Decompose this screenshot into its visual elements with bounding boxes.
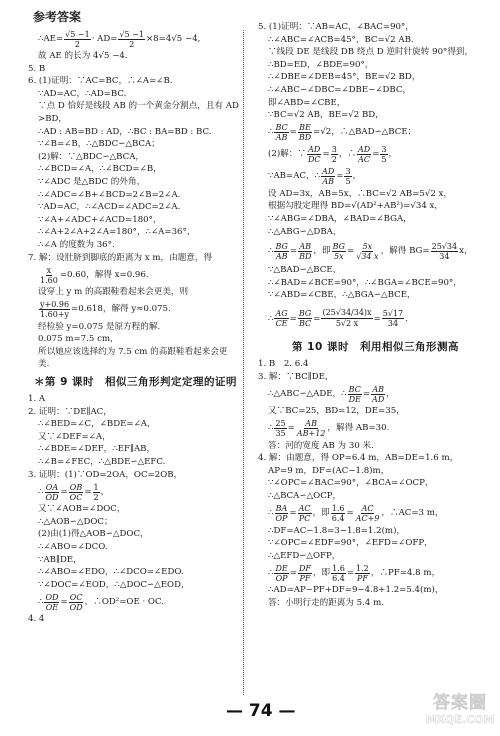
- fraction: OCOD: [69, 593, 84, 612]
- answer-q5-part1: 5. (1)证明：∵AB=AC，∠BAC=90°， ∴∠ABC=∠ACB=45°…: [258, 21, 493, 122]
- fraction: 32: [331, 145, 338, 164]
- answer-line: ∵AB∥DE，: [28, 554, 243, 567]
- fraction: ACPC: [298, 504, 312, 523]
- formula-line: ∵AB=AC，∴ ADAB= 35 ，: [258, 166, 493, 188]
- answer-q6: 6. (1)证明：∵AC=BC，∴∠A=∠B. ∵AD=AC，∴AD=BC. ∵…: [28, 75, 243, 251]
- fraction: BGAB: [274, 242, 288, 261]
- fraction: ABAD: [371, 385, 385, 404]
- answer-line: ∴∠ABO=∠EDO，∴∠DCO=∠EDO.: [28, 566, 243, 579]
- answer-line: ∵△BAD∽△BCE，: [258, 264, 493, 277]
- fraction: 35: [344, 167, 351, 186]
- answer-s10-q4: 4. 解：由题意，得 OP=6.4 m，AB=DE=1.6 m， AP=9 m，…: [258, 452, 493, 609]
- fraction: BCDE: [348, 385, 362, 404]
- formula-line: ∴ BCAB= BEBD =√2，∴△BAD∽△BCE；: [258, 122, 493, 144]
- answer-line: >BD，: [28, 113, 243, 126]
- fraction: y+0.961.60+y: [39, 300, 70, 319]
- answer-s10-q3: 3. 解：∵BC∥DE， ∴△ABC∽△ADE，∴ BCDE= ABAD ， 又…: [258, 371, 493, 453]
- fraction: DFPF: [298, 564, 312, 583]
- fraction: 12: [93, 483, 100, 502]
- left-column: ∴AE= √5 −12 · AD= √5 −12 ×8=4√5 −4, 故 AE…: [28, 28, 243, 626]
- fraction: 1.66.4: [331, 564, 346, 583]
- answer-line: ∵∠ADC 是△BDC 的外角，: [28, 176, 243, 189]
- answer-line: ∵∠B=∠B，∴△BDC∽△BCA；: [28, 138, 243, 151]
- answer-line: 3. 解：∵BC∥DE，: [258, 371, 493, 384]
- fraction: OAOD: [44, 483, 59, 502]
- answer-line: 又∵∠AOB=∠DOC，: [28, 503, 243, 516]
- answer-line: ∴∠BED=∠C，∠BDE=∠A，: [28, 418, 243, 431]
- answer-line: ∴∠BCD=∠A，∴∠BCD=∠B，: [28, 163, 243, 176]
- answer-line: 答：河的宽度 AB 为 30 米.: [258, 440, 493, 453]
- fraction: ODOE: [44, 593, 59, 612]
- answer-line: ∴∠ADC=∠B+∠BCD=2∠B=2∠A.: [28, 189, 243, 202]
- fraction: (25√34/34)x5√2 x: [321, 308, 372, 329]
- formula-line: (2)解：∵ ADDC= 32 ，∴ ADAC= 35 ，: [258, 144, 493, 166]
- fraction: 1.66.4: [331, 504, 346, 523]
- answer-q5-part2: 设 AD=3x，AB=5x，∴BC=√2 AB=5√2 x， 根据勾股定理得 B…: [258, 188, 493, 238]
- answer-line: ∵∠OPC=∠BAC=90°，∠BCA=∠OCP，: [258, 477, 493, 490]
- fraction: BEBD: [298, 123, 312, 142]
- answer-line: 所以她应该选择约为 7.5 cm 的高跟鞋看起来会更: [28, 346, 243, 359]
- answer-line: 4. 解：由题意，得 OP=6.4 m，AB=DE=1.6 m，: [258, 452, 493, 465]
- answer-line: ∴∠ABC−∠DBC=∠DBE−∠DBC，: [258, 84, 493, 97]
- answer-line: 又∵∠DEF=∠A，: [28, 431, 243, 444]
- fraction: 35: [380, 145, 387, 164]
- answer-line: ∴△BCA∽△OCP，: [258, 490, 493, 503]
- ae-formula: ∴AE= √5 −12 · AD= √5 −12 ×8=4√5 −4,: [28, 28, 243, 50]
- answer-line: 2. 证明：∵DE∥AC，: [28, 406, 243, 419]
- right-column: 5. (1)证明：∵AB=AC，∠BAC=90°， ∴∠ABC=∠ACB=45°…: [258, 21, 493, 610]
- fraction: x1.60: [39, 266, 59, 285]
- answer-line: ∵点 D 恰好是线段 AB 的一个黄金分割点，且有 AD: [28, 100, 243, 113]
- formula-line: ∴ BAOP= ACPC ，即 1.66.4= ACAC+9 ，∴AC=3 m，: [258, 503, 493, 525]
- answer-line: 设穿上 y m 的高跟鞋看起来会更美，则: [28, 286, 243, 299]
- answer-line: ∴∠BAD=∠BCE=90°，∴∠BGA=∠BCE=90°，: [258, 277, 493, 290]
- fraction: BAOP: [274, 504, 288, 523]
- answer-line: (2)解：∵△BDC∽△BCA，: [28, 151, 243, 164]
- answer-line: ∵∠A+∠ADC+∠ACD=180°，: [28, 214, 243, 227]
- answer-line: 即∠ABD=∠CBE，: [258, 97, 493, 110]
- fraction: ABBD: [298, 242, 312, 261]
- fraction: 5√1734: [382, 309, 404, 328]
- fraction: AGCE: [274, 309, 288, 328]
- answer-line: AP=9 m，DF=(AC−1.8)m，: [258, 465, 493, 478]
- answer-line: 3. 证明：(1)∵OD=2OA，OC=2OB，: [28, 469, 243, 482]
- fraction: OBOC: [69, 483, 84, 502]
- answer-line: ∴∠ABO=∠DCO.: [28, 541, 243, 554]
- fraction: ADAC: [357, 145, 371, 164]
- fraction: ABAB+12: [296, 419, 327, 438]
- answer-line: ∴∠A 的度数为 36°.: [28, 239, 243, 252]
- answer-s10-q1-q2: 1. B 2. 6.4: [258, 358, 493, 371]
- formula-line: ∴ BGAB= ABBD ，即 BG5x= 5x√34 x ，解得 BG= 25…: [258, 238, 493, 264]
- fraction: √5 −12: [64, 30, 91, 49]
- answer-line: ∴AD : AB=BD : AD，∴BC : BA=BD : BC.: [28, 126, 243, 139]
- answer-line: 设 AD=3x，AB=5x，∴BC=√2 AB=5√2 x，: [258, 188, 493, 201]
- answer-line: ∴△EFD∽△OFP，: [258, 550, 493, 563]
- fraction: ADDC: [307, 145, 322, 164]
- fraction: BCAB: [274, 123, 288, 142]
- answer-s9-q2: 2. 证明：∵DE∥AC， ∴∠BED=∠C，∠BDE=∠A， 又∵∠DEF=∠…: [28, 406, 243, 469]
- answer-q5-part3: ∵△BAD∽△BCE， ∴∠BAD=∠BCE=90°，∴∠BGA=∠BCE=90…: [258, 264, 493, 302]
- formula-line: ∴ ODOE= OCOD ，∴OD²=OE · OC.: [28, 591, 243, 613]
- answer-line: ∵AD=AC，∴AD=BC.: [28, 88, 243, 101]
- formula-line: ∴ AGCE= BGBC= (25√34/34)x5√2 x= 5√1734 .: [258, 302, 493, 336]
- answer-s9-q3: 3. 证明：(1)∵OD=2OA，OC=2OB， ∴ OAOD= OBOC= 1…: [28, 469, 243, 614]
- answer-line: ∵∠ABD=∠CBE，∴△BGA∽△BCE，: [258, 289, 493, 302]
- page-number: — 74 —: [226, 701, 296, 721]
- fraction: √5 −12: [118, 30, 145, 49]
- fraction: 2535: [274, 419, 286, 438]
- fraction: 5x√34 x: [355, 242, 379, 261]
- answer-line: 根据勾股定理得 BD=√(AD²+AB²)=√34 x，: [258, 200, 493, 213]
- answer-line: ∴BD=ED，∠BDE=90°，: [258, 59, 493, 72]
- answer-line: 美.: [28, 358, 243, 371]
- answer-line: 5. (1)证明：∵AB=AC，∠BAC=90°，: [258, 21, 493, 34]
- answer-line: ∴AD=AP−PF+DF=9−4.8+1.2=5.4(m)，: [258, 584, 493, 597]
- answer-line: ∴DF=AC−1.8=3−1.8=1.2(m)，: [258, 525, 493, 538]
- formula-line: ∴△ABC∽△ADE，∴ BCDE= ABAD ，: [258, 383, 493, 405]
- watermark-logo: 答案圈 MXQE.COM: [420, 688, 500, 726]
- answer-line: ∴∠A+2∠A+2∠A=180°，∴∠A=36°，: [28, 226, 243, 239]
- answer-line: 7. 解：设肚脐到脚底的距离为 x m，由题意，得: [28, 252, 243, 265]
- answer-line: 6. (1)证明：∵AC=BC，∴∠A=∠B.: [28, 75, 243, 88]
- answer-s9-q1: 1. A: [28, 393, 243, 406]
- answer-line: ∵∠OPC=∠EDF=90°，∠EFD=∠OFP，: [258, 537, 493, 550]
- fraction: ACAC+9: [355, 504, 381, 523]
- answer-line: ∵∠ABG=∠DBA，∠BAD=∠BGA，: [258, 213, 493, 226]
- fraction: 1.2PF: [355, 564, 370, 583]
- fraction: 25√3434: [431, 242, 458, 261]
- answer-line: 答：小明行走的距离为 5.4 m.: [258, 597, 493, 610]
- answer-line: ∴△ABG∽△DBA，: [258, 226, 493, 239]
- answer-q5: 5. B: [28, 63, 243, 76]
- answer-line: 又∵BC=25，BD=12，DE=35，: [258, 405, 493, 418]
- answer-line: ∵AD=AC，∴∠ACD=∠ADC=2∠A.: [28, 201, 243, 214]
- fraction: BG5x: [332, 242, 346, 261]
- answer-line: ∵BC=√2 AB，BE=√2 BD，: [258, 109, 493, 122]
- formula-line: ∴ DEOP= DFPF ，即 1.66.4= 1.2PF ，∴PF=4.8 m…: [258, 562, 493, 584]
- answer-line: 0.075 m=7.5 cm，: [28, 333, 243, 346]
- watermark-cn: 答案圈: [420, 688, 500, 713]
- answer-line: ∴∠BDE=∠DEF，∴EF∥AB，: [28, 443, 243, 456]
- answer-line: ∵∠DOC=∠EOD，∴△DOC∽△EOD，: [28, 579, 243, 592]
- answer-line: (2)由(1)得△AOB∽△DOC，: [28, 528, 243, 541]
- formula-line: ∴ 2535= ABAB+12 ，解得 AB=30.: [258, 418, 493, 440]
- formula-text: ×8=4√5 −4,: [146, 33, 200, 46]
- formula-text: · AD=: [92, 33, 118, 46]
- answer-line: ∴∠B=∠FEC，∴△BDE∽△EFC.: [28, 456, 243, 469]
- fraction: ADAB: [321, 167, 335, 186]
- section-title-lesson-10: 第 10 课时 利用相似三角形测高: [258, 338, 493, 356]
- answer-s9-q4: 4. 4: [28, 613, 243, 626]
- answer-line: 故 AE 的长为 4√5 −4.: [28, 50, 243, 63]
- answer-line: ∴∠ABC=∠ACB=45°，BC=√2 AB.: [258, 34, 493, 47]
- formula-line: y+0.961.60+y =0.618，解得 y≈0.075.: [28, 299, 243, 321]
- fraction: DEOP: [274, 564, 288, 583]
- column-divider: [243, 30, 244, 695]
- watermark-en: MXQE.COM: [420, 713, 500, 726]
- answer-line: ∴∠DBE=∠DEB=45°，BE=√2 BD，: [258, 71, 493, 84]
- page-header: 参考答案: [33, 8, 81, 25]
- formula-text: ∴AE=: [38, 33, 63, 46]
- formula-line: ∴ OAOD= OBOC= 12 ，: [28, 481, 243, 503]
- answer-q7: 7. 解：设肚脐到脚底的距离为 x m，由题意，得 x1.60 =0.60，解得…: [28, 252, 243, 372]
- answer-line: 经检验 y=0.075 是原方程的解.: [28, 321, 243, 334]
- answer-line: ∴△AOB∽△DOC；: [28, 516, 243, 529]
- section-title-lesson-9: ＊第 9 课时 相似三角形判定定理的证明: [28, 373, 243, 391]
- fraction: BGBC: [298, 309, 312, 328]
- formula-line: x1.60 =0.60，解得 x=0.96.: [28, 264, 243, 286]
- answer-line: ∵线段 DE 是线段 DB 绕点 D 逆时针旋转 90°得到，: [258, 46, 493, 59]
